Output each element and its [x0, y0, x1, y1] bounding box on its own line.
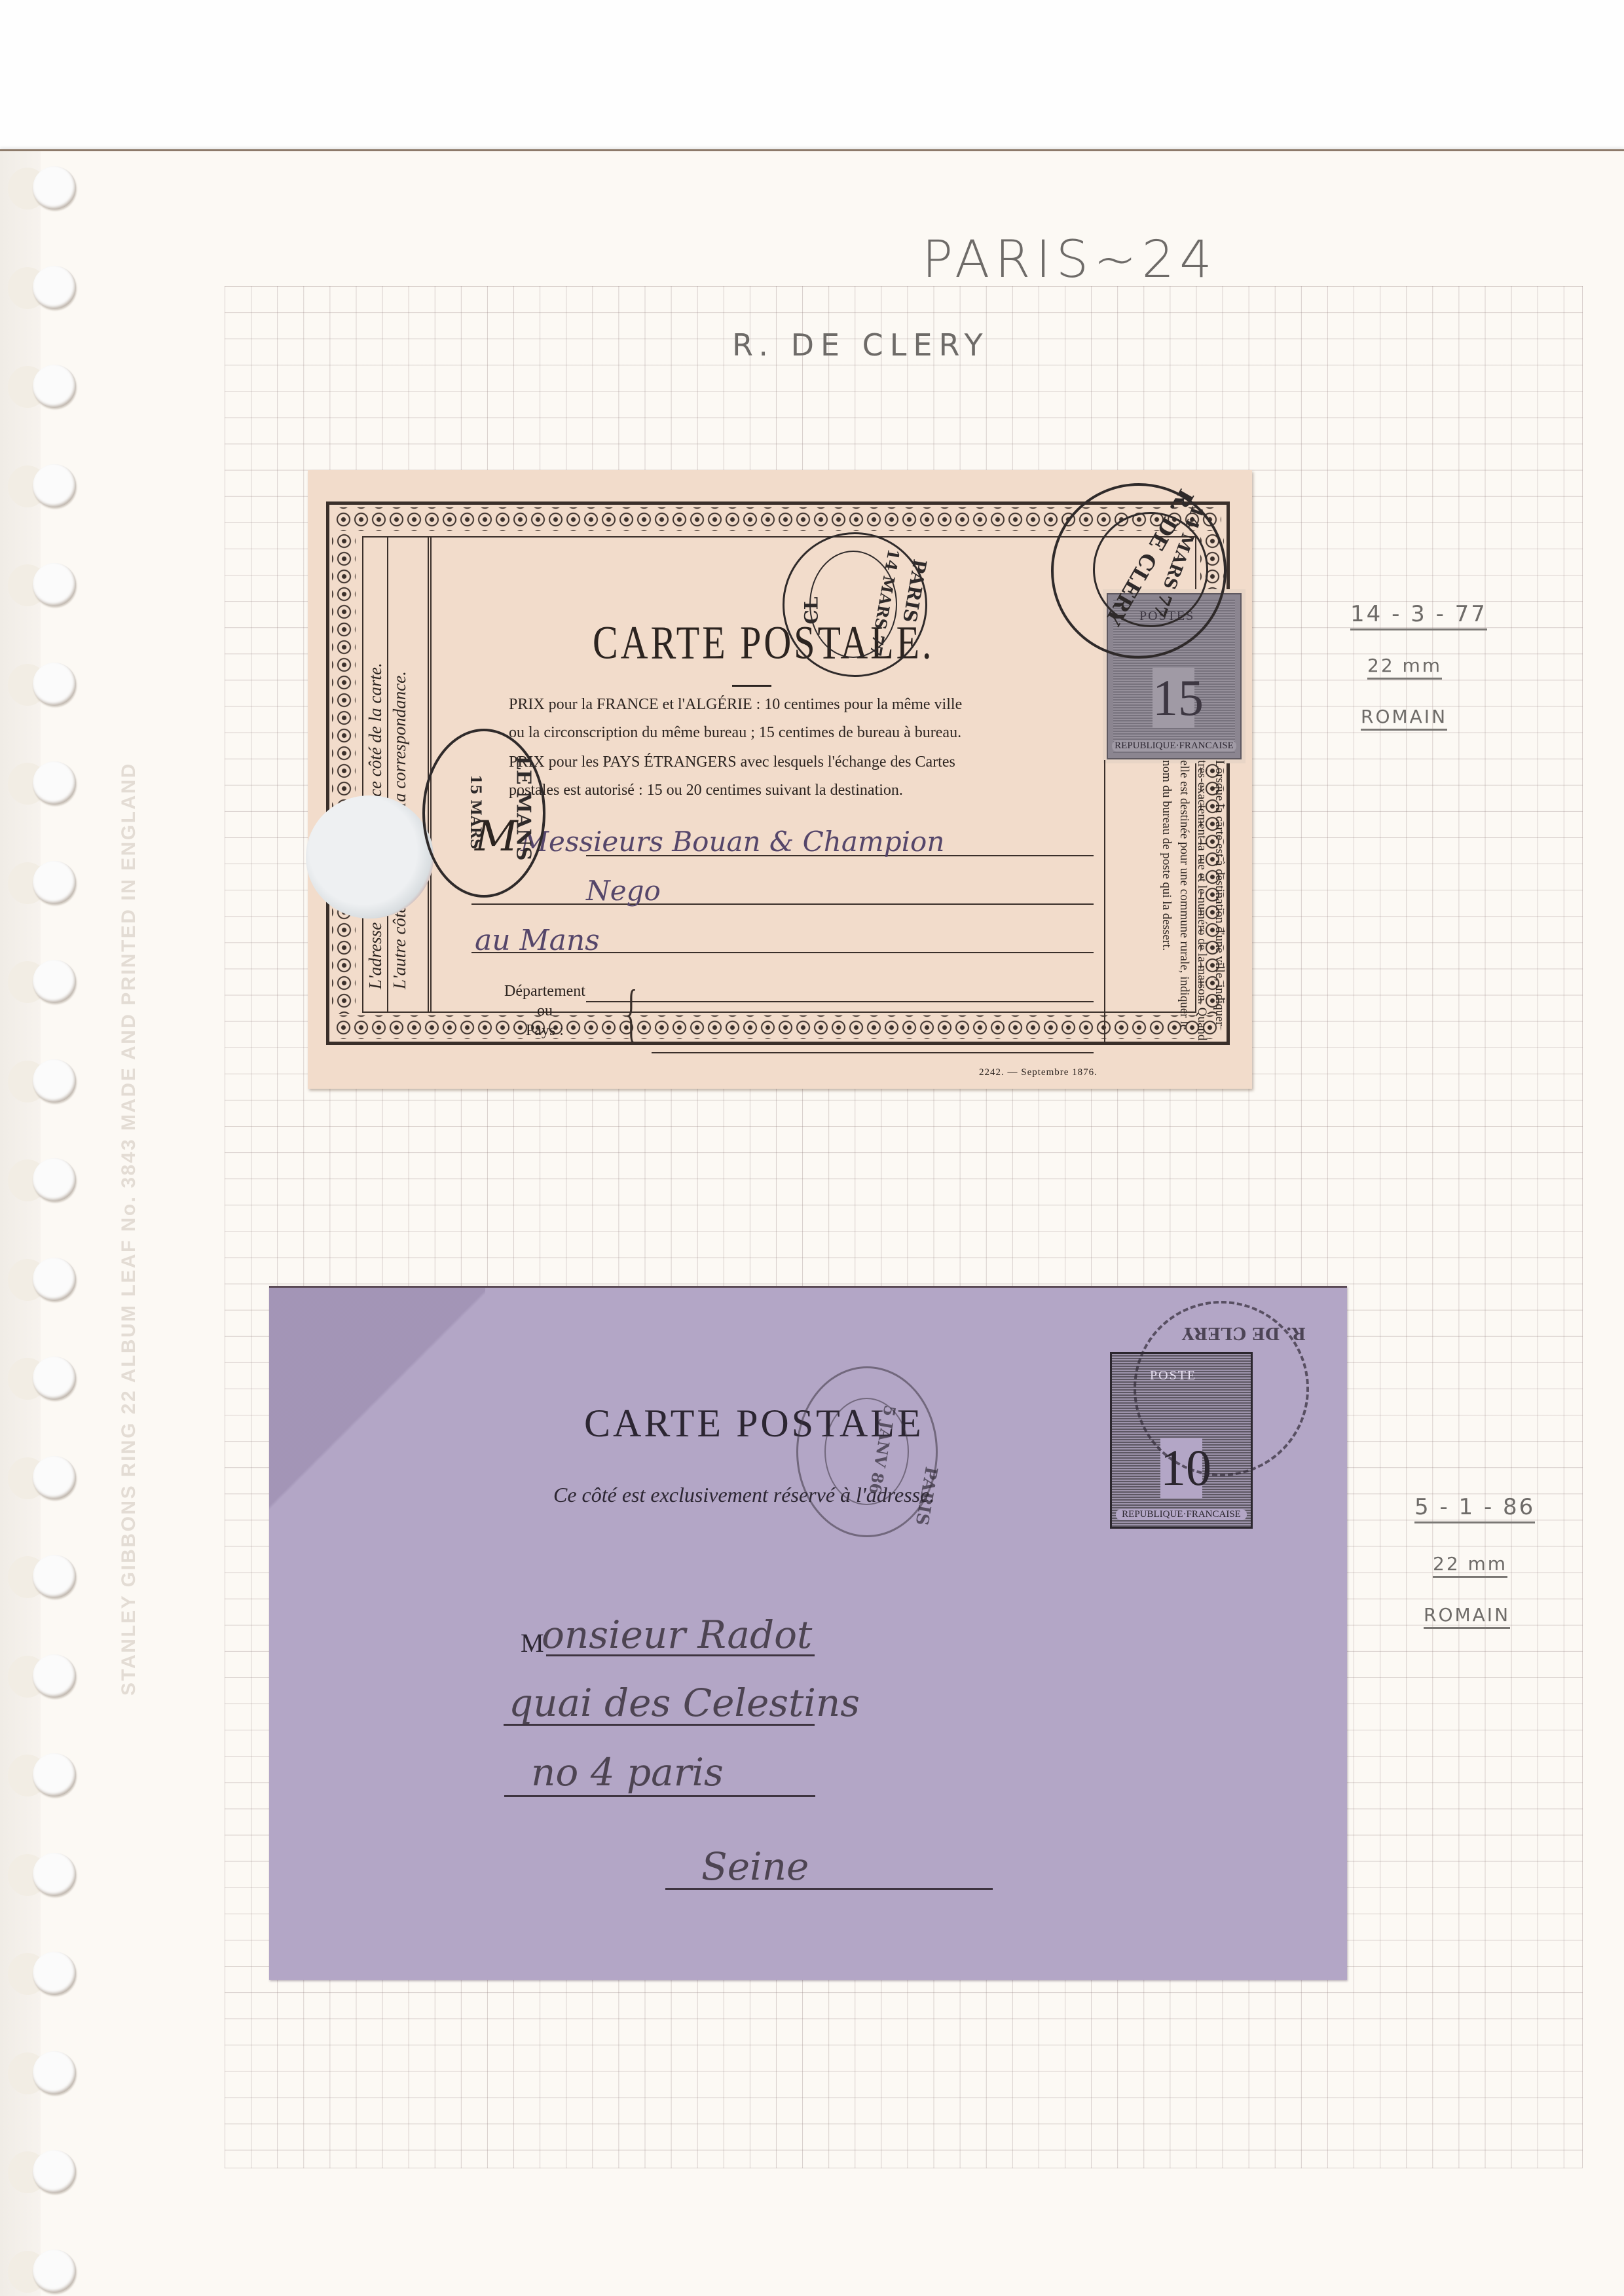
punch-hole	[33, 1357, 76, 1400]
card1-address-line-1: Messieurs Bouan & Champion	[521, 826, 944, 858]
card2-address-line-3: no 4 paris	[531, 1750, 724, 1795]
card2-fold-crease	[269, 1288, 485, 1517]
card1-price-line-4: postales est autorisé : 15 ou 20 centime…	[509, 782, 903, 799]
page-title: PARIS~24	[922, 230, 1217, 289]
card1-note-type: ROMAIN	[1361, 706, 1447, 731]
punch-hole	[33, 960, 76, 1003]
scan-background	[0, 0, 1624, 149]
card1-postmark-rue-de-clery: R. DE CLERY 14 MARS 77	[1051, 483, 1227, 659]
stamp-country: REPUBLIQUE·FRANCAISE	[1112, 740, 1236, 752]
punch-hole	[33, 166, 76, 210]
card1-postmark-le-mans: LE MANS 15 MARS	[422, 729, 545, 898]
card1-price-line-3: PRIX pour les PAYS ÉTRANGERS avec lesque…	[509, 754, 955, 771]
punch-hole	[33, 464, 76, 507]
card1-instructions: Lorsque la carte est à destination d'une…	[1158, 760, 1228, 1042]
stamp-value: 15	[1153, 668, 1194, 728]
card1-price-line-2: ou la circonscription du même bureau ; 1…	[509, 724, 961, 742]
page-subtitle: R. DE CLERY	[732, 327, 989, 364]
punch-hole	[33, 861, 76, 904]
card1-price-line-1: PRIX pour la FRANCE et l'ALGÉRIE : 10 ce…	[509, 696, 962, 714]
punch-hole	[33, 1258, 76, 1301]
card1-printer-imprint: 2242. — Septembre 1876.	[979, 1067, 1098, 1078]
card1-instructions-box: Lorsque la carte est à destination d'une…	[1104, 760, 1230, 1043]
card2-address-line-2: quai des Celestins	[509, 1681, 860, 1725]
punch-hole	[33, 1555, 76, 1598]
card1-address-line-3: au Mans	[475, 924, 600, 957]
card1-department-label: Département ou Pays :	[504, 981, 585, 1040]
card1-address-line-2: Nego	[586, 875, 661, 907]
punch-hole	[33, 2250, 76, 2293]
card1-border-bottom	[335, 1015, 1221, 1039]
punch-hole	[33, 266, 76, 309]
punch-hole	[33, 663, 76, 706]
card1-postmark-paris: PARIS CL 14 MARS 77	[783, 532, 927, 677]
punch-hole	[33, 1158, 76, 1201]
punch-hole	[33, 1654, 76, 1698]
punch-hole	[33, 1753, 76, 1796]
card1-note-size: 22 mm	[1367, 655, 1442, 680]
punch-hole	[33, 1853, 76, 1896]
card2-note-type: ROMAIN	[1424, 1604, 1510, 1629]
punch-hole	[33, 1456, 76, 1499]
card2-address-line-1: onsieur Radot	[542, 1613, 812, 1657]
brace-icon: {	[625, 975, 637, 1050]
punch-hole	[33, 2150, 76, 2193]
card1-border-left	[332, 532, 356, 1014]
card2-address-prefix-m: M	[521, 1628, 544, 1658]
stamp-country: REPUBLIQUE·FRANCAISE	[1116, 1509, 1247, 1520]
card2-address-line-4: Seine	[701, 1844, 809, 1889]
card1-note-date: 14 - 3 - 77	[1350, 601, 1487, 630]
punch-hole	[33, 1059, 76, 1102]
punch-hole	[33, 563, 76, 606]
punch-hole	[33, 365, 76, 408]
postcard-1876: L'adresse doit être mise de ce côté de l…	[308, 470, 1252, 1089]
punch-hole	[33, 1952, 76, 1995]
card2-postmark-rue-de-clery: R. DE CLERY	[1134, 1301, 1309, 1476]
card2-note-date: 5 - 1 - 86	[1414, 1494, 1535, 1523]
card2-postmark-paris: PARIS 5 JANV 86	[796, 1366, 938, 1537]
card2-note-size: 22 mm	[1433, 1553, 1507, 1578]
leaf-imprint: STANLEY GIBBONS RING 22 ALBUM LEAF No. 3…	[118, 762, 140, 1696]
punch-hole	[33, 2051, 76, 2094]
punch-hole	[33, 761, 76, 805]
wax-seal-remnant	[306, 795, 434, 919]
postcard-1886: CARTE POSTALE Ce côté est exclusivement …	[269, 1286, 1347, 1980]
